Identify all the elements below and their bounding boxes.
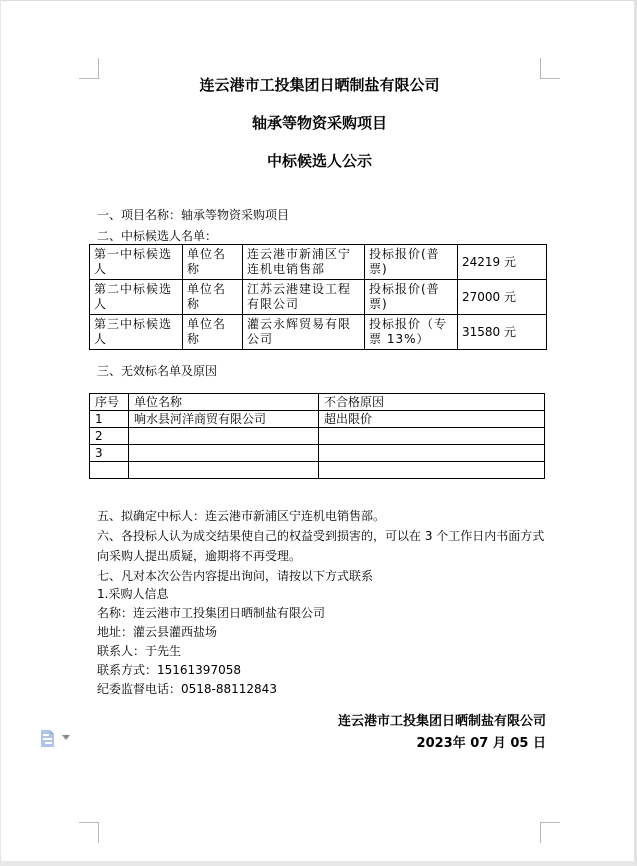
section-5-6-7: 五、拟确定中标人：连云港市新浦区宁连机电销售部。 六、各投标人认为成交结果使自己… <box>97 506 549 586</box>
signature-company: 连云港市工投集团日晒制盐有限公司 <box>98 711 546 733</box>
section-invalid-bids-heading: 三、无效标名单及原因 <box>97 361 543 381</box>
page-title: 连云港市工投集团日晒制盐有限公司 <box>98 75 541 95</box>
price-label: 投标报价(普票) <box>365 280 458 315</box>
row-reason <box>319 445 545 462</box>
row-unit: 响水县河洋商贸有限公司 <box>129 411 319 428</box>
document-page: 连云港市工投集团日晒制盐有限公司 轴承等物资采购项目 中标候选人公示 一、项目名… <box>0 0 637 866</box>
paste-options-icon[interactable] <box>40 733 55 752</box>
supervision-phone: 纪委监督电话：0518-88112843 <box>97 680 543 699</box>
row-reason <box>319 462 545 479</box>
candidate-rank: 第二中标候选人 <box>90 280 183 315</box>
announcement-title: 中标候选人公示 <box>98 151 541 171</box>
row-unit <box>129 428 319 445</box>
table-row: 2 <box>90 428 545 445</box>
unit-name: 连云港市新浦区宁连机电销售部 <box>243 245 365 280</box>
row-unit <box>129 445 319 462</box>
row-no: 2 <box>90 428 129 445</box>
price-value: 24219 元 <box>458 245 547 280</box>
margin-corner-top-left <box>79 58 99 79</box>
price-label: 投标报价(普票) <box>365 245 458 280</box>
project-title: 轴承等物资采购项目 <box>98 113 541 133</box>
row-unit <box>129 462 319 479</box>
section-3: 三、无效标名单及原因 <box>97 361 543 381</box>
table-row: 第三中标候选人 单位名称 灌云永辉贸易有限公司 投标报价（专票 13%） 315… <box>90 315 547 350</box>
table-row: 1 响水县河洋商贸有限公司 超出限价 <box>90 411 545 428</box>
signature-date: 2023年 07 月 05 日 <box>98 733 546 755</box>
table-row: 第一中标候选人 单位名称 连云港市新浦区宁连机电销售部 投标报价(普票) 242… <box>90 245 547 280</box>
invalid-bids-table: 序号 单位名称 不合格原因 1 响水县河洋商贸有限公司 超出限价 2 3 <box>89 393 545 479</box>
contact-phone: 联系方式：15161397058 <box>97 661 543 680</box>
table-row: 第二中标候选人 单位名称 江苏云港建设工程有限公司 投标报价(普票) 27000… <box>90 280 547 315</box>
margin-corner-top-right <box>540 58 560 79</box>
price-label: 投标报价（专票 13%） <box>365 315 458 350</box>
table-row: 3 <box>90 445 545 462</box>
table-header-row: 序号 单位名称 不合格原因 <box>90 394 545 411</box>
col-header-unit: 单位名称 <box>129 394 319 411</box>
candidate-rank: 第一中标候选人 <box>90 245 183 280</box>
purchaser-address: 地址：灌云县灌西盐场 <box>97 623 543 642</box>
unit-label: 单位名称 <box>183 315 243 350</box>
unit-name: 江苏云港建设工程有限公司 <box>243 280 365 315</box>
row-reason: 超出限价 <box>319 411 545 428</box>
margin-corner-bottom-left <box>79 822 99 843</box>
candidate-rank: 第三中标候选人 <box>90 315 183 350</box>
section-1-2: 一、项目名称：轴承等物资采购项目 二、中标候选人名单： <box>97 205 543 247</box>
col-header-reason: 不合格原因 <box>319 394 545 411</box>
row-no: 3 <box>90 445 129 462</box>
row-no <box>90 462 129 479</box>
purchaser-name: 名称：连云港市工投集团日晒制盐有限公司 <box>97 604 543 623</box>
row-reason <box>319 428 545 445</box>
section-winner: 五、拟确定中标人：连云港市新浦区宁连机电销售部。 <box>97 506 549 526</box>
document-title-block: 连云港市工投集团日晒制盐有限公司 轴承等物资采购项目 中标候选人公示 <box>98 75 541 189</box>
section-project-name: 一、项目名称：轴承等物资采购项目 <box>97 205 543 226</box>
signature-block: 连云港市工投集团日晒制盐有限公司 2023年 07 月 05 日 <box>98 711 546 755</box>
section-inquiry: 七、凡对本次公告内容提出询问，请按以下方式联系 <box>97 566 549 586</box>
purchaser-info-block: 1.采购人信息 名称：连云港市工投集团日晒制盐有限公司 地址：灌云县灌西盐场 联… <box>97 585 543 699</box>
chevron-down-icon[interactable] <box>62 735 70 740</box>
table-row <box>90 462 545 479</box>
unit-label: 单位名称 <box>183 280 243 315</box>
candidates-table: 第一中标候选人 单位名称 连云港市新浦区宁连机电销售部 投标报价(普票) 242… <box>89 244 547 350</box>
paste-options-widget[interactable] <box>40 729 74 749</box>
col-header-no: 序号 <box>90 394 129 411</box>
section-objection: 六、各投标人认为成交结果使自己的权益受到损害的，可以在 3 个工作日内书面方式向… <box>97 526 549 566</box>
margin-corner-bottom-right <box>540 822 560 843</box>
row-no: 1 <box>90 411 129 428</box>
purchaser-info-heading: 1.采购人信息 <box>97 585 543 604</box>
contact-person: 联系人：于先生 <box>97 642 543 661</box>
unit-label: 单位名称 <box>183 245 243 280</box>
unit-name: 灌云永辉贸易有限公司 <box>243 315 365 350</box>
price-value: 27000 元 <box>458 280 547 315</box>
price-value: 31580 元 <box>458 315 547 350</box>
